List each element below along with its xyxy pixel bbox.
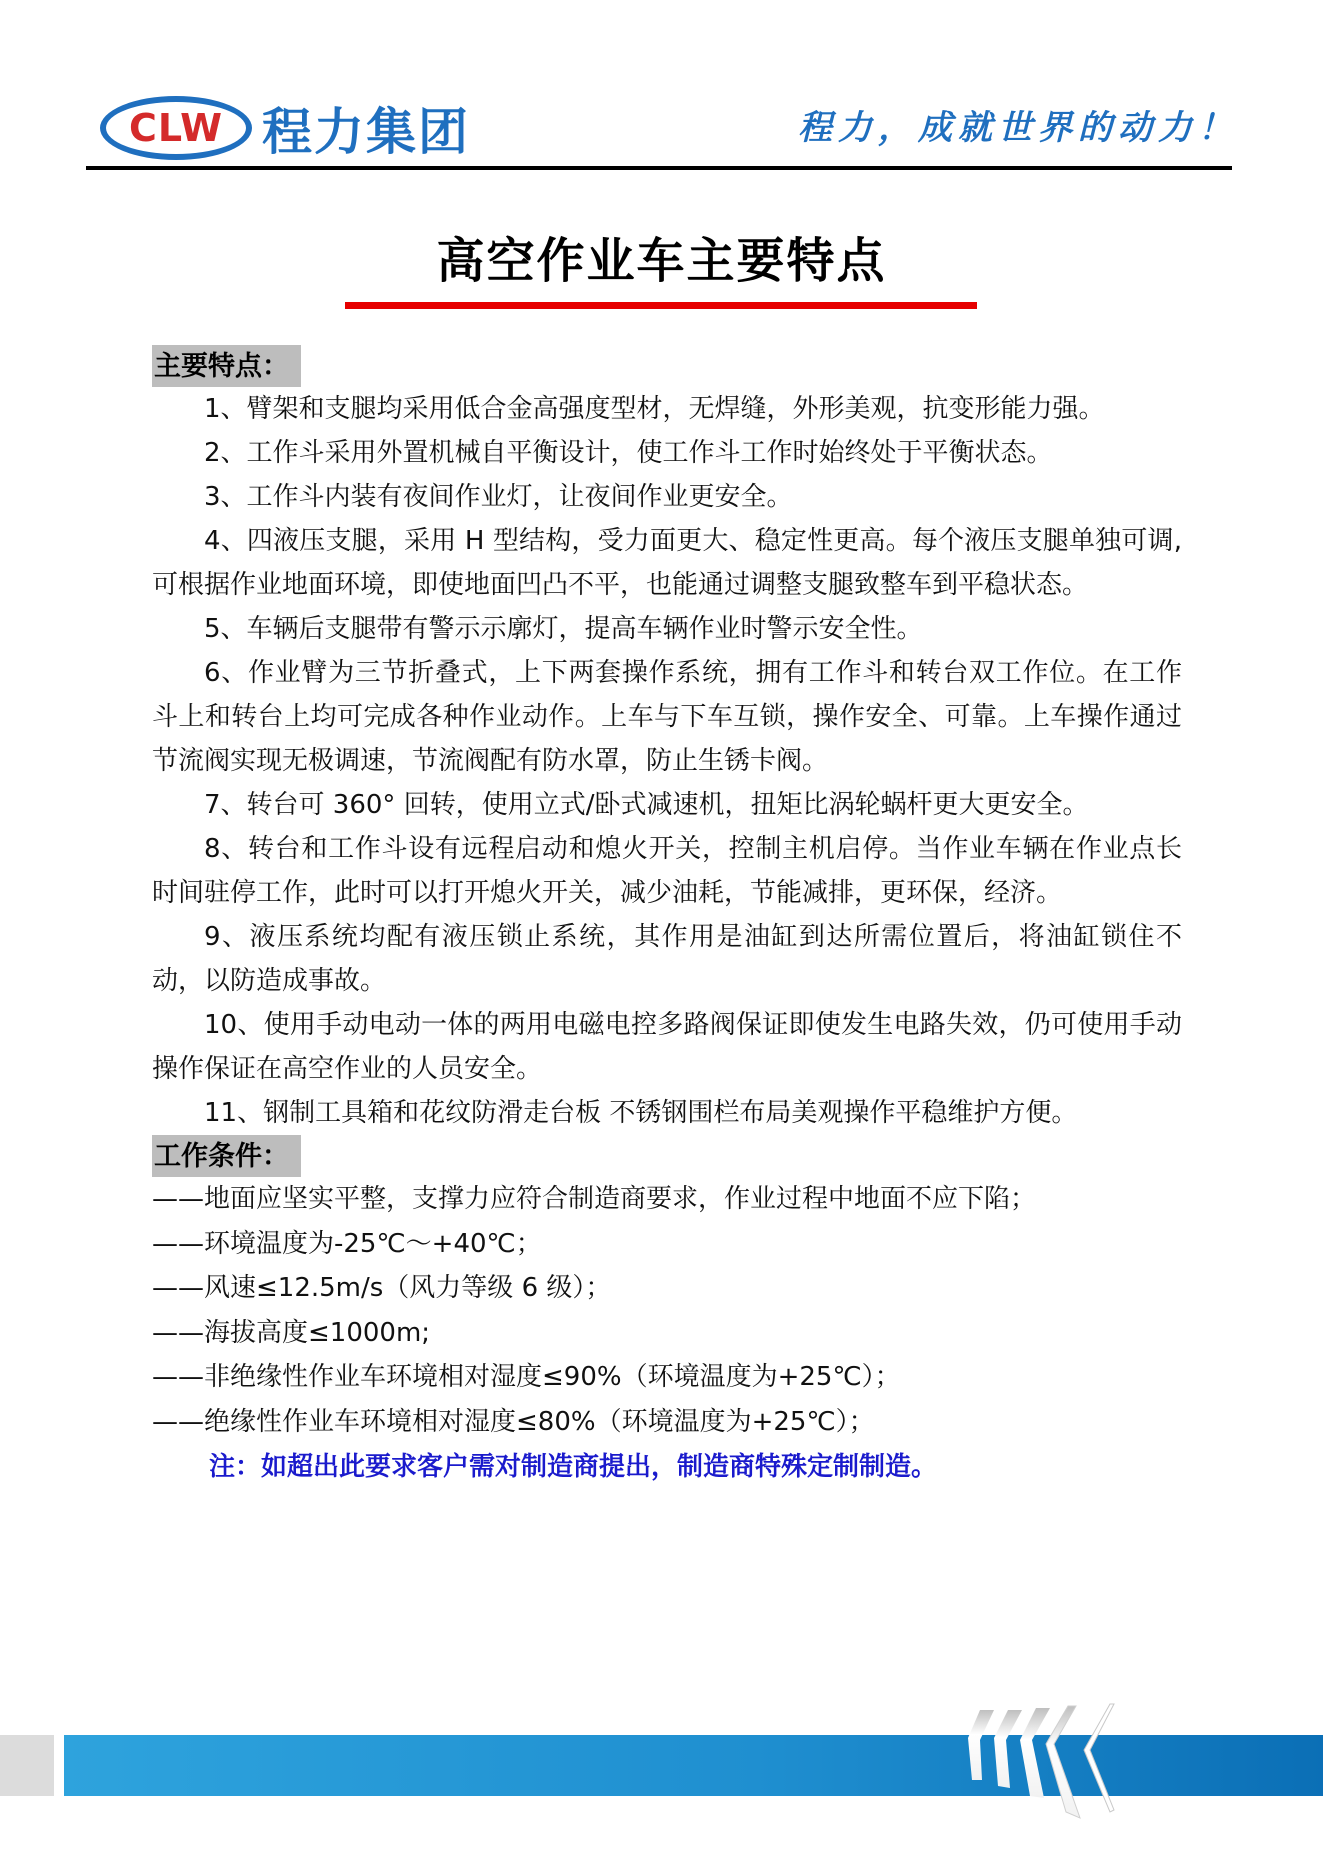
clw-logo-mark: CLW [100,96,252,160]
page-title: 高空作业车主要特点 [0,222,1323,291]
condition-item: ——绝缘性作业车环境相对湿度≤80%（环境温度为+25℃）； [152,1400,1182,1445]
title-underline [345,302,977,309]
feature-item: 11、钢制工具箱和花纹防滑走台板 不锈钢围栏布局美观操作平稳维护方便。 [152,1091,1182,1135]
condition-item: ——海拔高度≤1000m; [152,1311,1182,1356]
condition-item: ——风速≤12.5m/s（风力等级 6 级）； [152,1266,1182,1311]
feature-item: 2、工作斗采用外置机械自平衡设计，使工作斗工作时始终处于平衡状态。 [152,431,1182,475]
conditions-list: ——地面应坚实平整，支撑力应符合制造商要求，作业过程中地面不应下陷； ——环境温… [152,1177,1182,1444]
feature-item: 1、臂架和支腿均采用低合金高强度型材，无焊缝，外形美观，抗变形能力强。 [152,387,1182,431]
feature-item: 4、四液压支腿，采用 H 型结构，受力面更大、稳定性更高。每个液压支腿单独可调,… [152,519,1182,607]
company-logo: CLW 程力集团 [100,92,470,164]
feature-item: 8、转台和工作斗设有远程启动和熄火开关，控制主机启停。当作业车辆在作业点长时间驻… [152,827,1182,915]
feature-item: 7、转台可 360° 回转，使用立式/卧式减速机，扭矩比涡轮蜗杆更大更安全。 [152,783,1182,827]
logo-company-name: 程力集团 [262,92,470,164]
condition-item: ——非绝缘性作业车环境相对湿度≤90%（环境温度为+25℃）； [152,1355,1182,1400]
condition-item: ——地面应坚实平整，支撑力应符合制造商要求，作业过程中地面不应下陷； [152,1177,1182,1222]
header-divider [86,166,1232,170]
feature-item: 9、液压系统均配有液压锁止系统，其作用是油缸到达所需位置后，将油缸锁住不动，以防… [152,915,1182,1003]
document-body: 主要特点： 1、臂架和支腿均采用低合金高强度型材，无焊缝，外形美观，抗变形能力强… [152,345,1182,1490]
feature-item: 10、使用手动电动一体的两用电磁电控多路阀保证即使发生电路失效，仍可使用手动操作… [152,1003,1182,1091]
feature-item: 6、作业臂为三节折叠式，上下两套操作系统，拥有工作斗和转台双工作位。在工作斗上和… [152,651,1182,783]
condition-item: ——环境温度为-25℃～+40℃； [152,1222,1182,1267]
features-list: 1、臂架和支腿均采用低合金高强度型材，无焊缝，外形美观，抗变形能力强。 2、工作… [152,387,1182,1135]
company-slogan: 程力，成就世界的动力！ [798,100,1238,149]
page-header: CLW 程力集团 程力，成就世界的动力！ [0,0,1323,175]
footer-gray-block [0,1735,54,1796]
conditions-note: 注：如超出此要求客户需对制造商提出，制造商特殊定制制造。 [209,1444,1182,1490]
footer-swoosh-decoration [950,1700,1250,1830]
feature-item: 5、车辆后支腿带有警示示廓灯，提高车辆作业时警示安全性。 [152,607,1182,651]
features-heading: 主要特点： [152,345,301,387]
logo-mark-text: CLW [129,106,223,150]
feature-item: 3、工作斗内装有夜间作业灯，让夜间作业更安全。 [152,475,1182,519]
conditions-heading: 工作条件： [152,1135,301,1177]
page-footer [0,1690,1323,1871]
